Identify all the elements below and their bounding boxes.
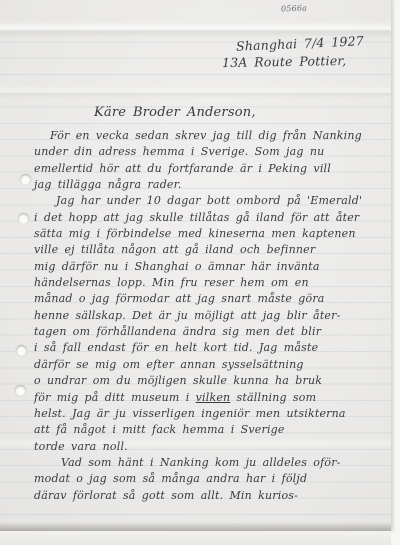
letter-line: därför se mig om efter annan sysselsättn… [34,357,384,373]
paper-crease [0,86,391,98]
letter-line-underlined-word: för mig på ditt museum i vilken ställnin… [34,390,384,406]
letter-line: emellertid hör att du fortfarande är i P… [34,161,384,177]
underlined-word: vilken [196,391,231,404]
letter-line: mig därför nu i Shanghai o ämnar här inv… [34,259,384,275]
letter-line: torde vara noll. [34,439,384,455]
letter-line: henne sällskap. Det är ju möjligt att ja… [34,308,384,324]
letter-line: ville ej tillåta någon att gå iland och … [34,242,384,258]
punch-hole [15,385,26,396]
letter-line: månad o jag förmodar att jag snart måste… [34,291,384,307]
letter-line: jag tillägga några rader. [34,177,384,193]
letter-line: helst. Jag är ju visserligen ingeniör me… [34,406,384,422]
letter-line: modat o jag som så många andra har i föl… [34,471,384,487]
letter-line-post: ställning som [230,391,316,404]
letter-line: händelsernas lopp. Min fru reser hem om … [34,275,384,291]
letter-body: För en vecka sedan skrev jag till dig fr… [34,128,384,504]
place-date-line: Shanghai 7/4 1927 [236,33,364,54]
punch-hole [20,174,31,185]
salutation: Käre Broder Anderson, [94,105,256,120]
letter-line: tagen om förhållandena ändra sig men det… [34,324,384,340]
address-line: 13A Route Pottier, [222,53,347,70]
punch-hole [16,345,27,356]
letter-line: o undrar om du möjligen skulle kunna ha … [34,373,384,389]
letter-line: För en vecka sedan skrev jag till dig fr… [34,128,384,144]
letter-line: därav förlorat så gott som allt. Min kur… [34,488,384,504]
letter-line: att få något i mitt fack hemma i Sverige [34,422,384,438]
archive-number: 0566a [281,4,307,14]
letter-line: under din adress hemma i Sverige. Som ja… [34,144,384,160]
letter-line: i det hopp att jag skulle tillåtas gå il… [34,210,384,226]
area-below-sheet [0,531,391,545]
scanned-letter: 0566a Shanghai 7/4 1927 13A Route Pottie… [0,0,400,545]
letter-paper: 0566a Shanghai 7/4 1927 13A Route Pottie… [0,0,391,531]
letter-line: Jag har under 10 dagar bott ombord på 'E… [34,193,384,209]
letter-line: Vad som hänt i Nanking kom ju alldeles o… [34,455,384,471]
letter-line: sätta mig i förbindelse med kineserna me… [34,226,384,242]
letter-line: i så fall endast för en helt kort tid. J… [34,340,384,356]
punch-hole [18,213,29,224]
letter-line-pre: för mig på ditt museum i [34,391,196,404]
